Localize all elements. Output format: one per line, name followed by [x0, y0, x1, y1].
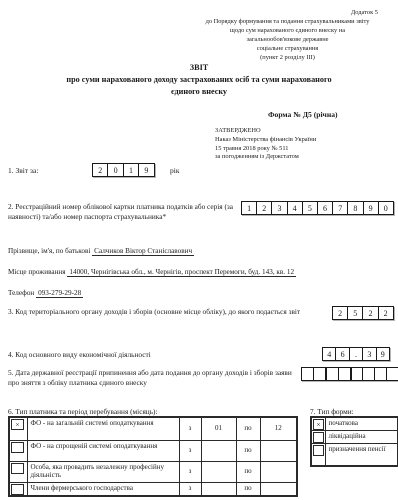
payer-checkbox [11, 463, 24, 474]
from-word: з [179, 461, 201, 482]
period-from-value [201, 440, 236, 461]
section5-label: 5. Дата державної реєстрації припинення … [8, 368, 293, 388]
territorial-digit-cell: 5 [348, 307, 363, 319]
form-title-line2: про суми нарахованого доходу застрахован… [0, 74, 398, 86]
tax-digit-cell: 4 [288, 202, 303, 214]
tax-digit-cell: 0 [379, 202, 393, 214]
address-label: Місце проживання [8, 268, 66, 276]
form-title-line3: єдиного внеску [0, 86, 398, 98]
annex-line: щодо сум нарахованого єдиного внеску на [180, 26, 395, 35]
full-name-label: Прізвище, ім'я, по батькові [8, 247, 90, 255]
to-word: по [236, 461, 260, 482]
annex-title: Додаток 5 [180, 8, 395, 17]
payer-type-label: Особа, яка провадить незалежну професійн… [27, 461, 179, 482]
annex-line: соціальне страхування [180, 44, 395, 53]
period-to-value [260, 461, 297, 482]
payer-checkbox [11, 484, 24, 495]
table-row: × початкова [311, 417, 398, 431]
full-name-value: Салчиков Віктор Станіславович [92, 247, 194, 256]
from-word: з [179, 482, 201, 496]
date-digit-cell [351, 368, 364, 380]
date-digit-cell [387, 368, 398, 380]
tax-digit-cell: 9 [364, 202, 379, 214]
table-row: ліквідаційна [311, 431, 398, 444]
payer-type-label: Члени фермерського господарства [27, 482, 179, 496]
tax-digit-cell: 6 [318, 202, 333, 214]
approved-line: 15 травня 2018 року № 511 [215, 145, 395, 154]
form-title-line1: ЗВІТ [0, 62, 398, 74]
form-type-label: призначення пенсії [325, 444, 398, 466]
section4-label: 4. Код основного виду економічної діяльн… [8, 350, 308, 360]
tax-digit-cell: 2 [257, 202, 272, 214]
approved-line: за погодженням із Держстатом [215, 153, 395, 162]
date-digit-cell [375, 368, 387, 380]
form-type-checkbox: × [313, 419, 324, 430]
tax-digit-cell: 1 [242, 202, 257, 214]
form-type-label: початкова [325, 417, 398, 431]
section1-suffix: рік [170, 166, 179, 176]
approved-line: ЗАТВЕРДЖЕНО [215, 127, 395, 136]
phone-label: Телефон [8, 289, 34, 297]
to-word: по [236, 482, 260, 496]
form-title: ЗВІТ про суми нарахованого доходу застра… [0, 62, 398, 98]
form-number-label: Форма № Д5 (річна) [268, 110, 338, 119]
annex-line: (пункт 2 розділу ІІІ) [180, 53, 395, 62]
table-row: × ФО - на загальній системі оподаткуванн… [9, 417, 297, 440]
section2-label: 2. Реєстраційний номер облікової картки … [8, 202, 238, 222]
economic-activity-boxes: 4 6 . 3 9 [322, 347, 390, 361]
approved-block: ЗАТВЕРДЖЕНО Наказ Міністерства фінансів … [215, 127, 395, 162]
period-to-value [260, 440, 297, 461]
date-digit-cell [314, 368, 326, 380]
territorial-digit-cell: 2 [333, 307, 348, 319]
tax-digit-cell: 8 [348, 202, 363, 214]
full-name-row: Прізвище, ім'я, по батькові Салчиков Вік… [8, 247, 194, 255]
table-row: Члени фермерського господарства з по [9, 482, 297, 496]
kved-digit-cell: 6 [336, 348, 349, 360]
kved-digit-cell: 9 [377, 348, 389, 360]
deregistration-date-boxes [301, 367, 398, 381]
section3-label: 3. Код територіального органу доходів і … [8, 307, 328, 317]
period-from-value [201, 461, 236, 482]
year-digit-cell: 9 [139, 164, 153, 176]
phone-row: Телефон 093-279-29-28 [8, 289, 83, 297]
payer-type-label: ФО - на загальній системі оподаткування [27, 417, 179, 440]
tax-digit-cell: 7 [333, 202, 348, 214]
tax-digit-cell: 3 [272, 202, 287, 214]
report-form-page: Додаток 5 до Порядку формування та подан… [0, 0, 398, 500]
date-digit-cell [339, 368, 351, 380]
form-type-checkbox [313, 445, 324, 456]
report-year-boxes: 2 0 1 9 [92, 163, 155, 177]
period-from-value [201, 482, 236, 496]
from-word: з [179, 417, 201, 440]
address-row: Місце проживання 14000, Чернігівська обл… [8, 268, 296, 276]
territorial-code-boxes: 2 5 2 2 [332, 306, 394, 320]
date-digit-cell [363, 368, 375, 380]
payer-checkbox [11, 442, 24, 453]
payer-type-table: × ФО - на загальній системі оподаткуванн… [8, 416, 298, 497]
date-digit-cell [302, 368, 314, 380]
annex-reference-block: Додаток 5 до Порядку формування та подан… [180, 8, 395, 62]
phone-value: 093-279-29-28 [36, 289, 83, 298]
payer-type-label: ФО - на спрощеній системі оподаткування [27, 440, 179, 461]
annex-line: до Порядку формування та подання страхув… [180, 17, 395, 26]
form-type-checkbox [313, 432, 324, 443]
tax-number-boxes: 1 2 3 4 5 6 7 8 9 0 [241, 201, 394, 215]
year-digit-cell: 2 [93, 164, 108, 176]
kved-digit-cell: 4 [323, 348, 336, 360]
period-from-value: 01 [201, 417, 236, 440]
period-to-value: 12 [260, 417, 297, 440]
to-word: по [236, 417, 260, 440]
kved-digit-cell: . [350, 348, 363, 360]
date-digit-cell [326, 368, 339, 380]
territorial-digit-cell: 2 [363, 307, 378, 319]
approved-line: Наказ Міністерства фінансів України [215, 136, 395, 145]
period-to-value [260, 482, 297, 496]
kved-digit-cell: 3 [363, 348, 376, 360]
table-row: призначення пенсії [311, 444, 398, 466]
from-word: з [179, 440, 201, 461]
year-digit-cell: 0 [108, 164, 123, 176]
form-type-label: ліквідаційна [325, 431, 398, 444]
section1-label: 1. Звіт за: [8, 166, 38, 176]
form-type-table: × початкова ліквідаційна призначення пен… [310, 416, 398, 467]
payer-checkbox: × [11, 419, 24, 430]
tax-digit-cell: 5 [303, 202, 318, 214]
address-value: 14000, Чернігівська обл., м. Чернігів, п… [67, 268, 296, 277]
annex-line: загальнообов'язкове державне [180, 35, 395, 44]
year-digit-cell: 1 [124, 164, 139, 176]
to-word: по [236, 440, 260, 461]
table-row: Особа, яка провадить незалежну професійн… [9, 461, 297, 482]
table-row: ФО - на спрощеній системі оподаткування … [9, 440, 297, 461]
territorial-digit-cell: 2 [379, 307, 393, 319]
